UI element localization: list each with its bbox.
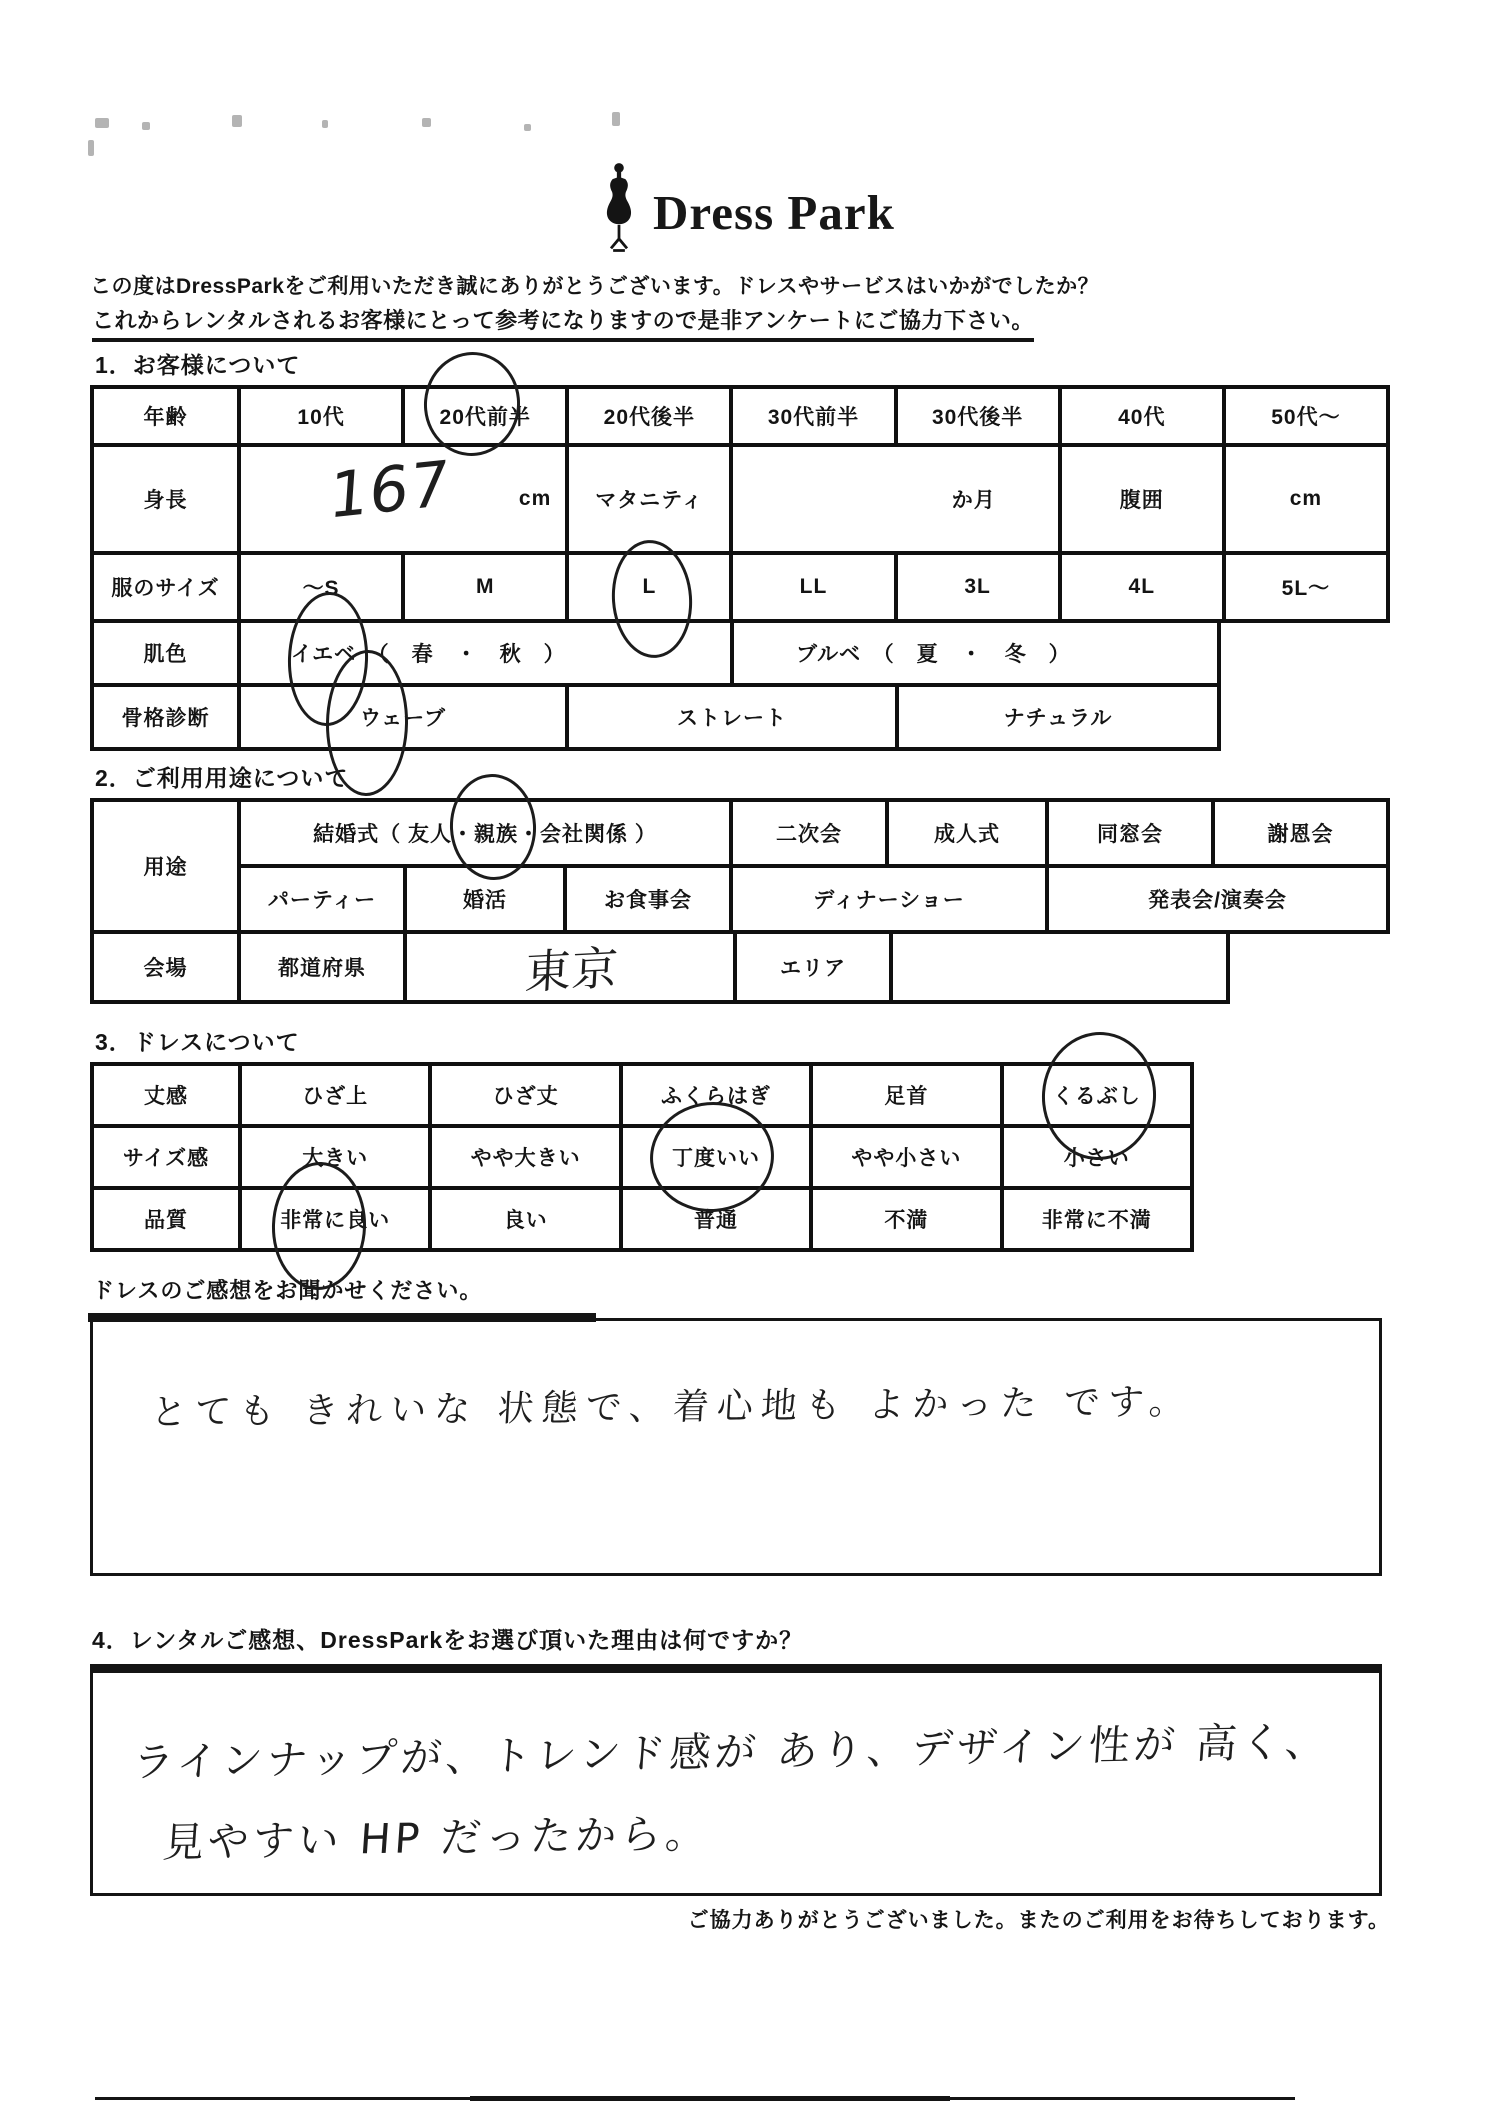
venue-prefecture-label: 都道府県 xyxy=(241,934,403,1000)
length-option-calf: ふくらはぎ xyxy=(623,1066,809,1124)
quality-option-very-good: 非常に良い xyxy=(242,1190,428,1248)
waist-label: 腹囲 xyxy=(1062,447,1222,551)
scan-noise xyxy=(422,118,431,127)
size-option-ll: LL xyxy=(733,555,893,619)
size-option-4l: 4L xyxy=(1062,555,1222,619)
size-row-label: 服のサイズ xyxy=(94,555,237,619)
usage-option-dinner-show: ディナーショー xyxy=(733,868,1045,930)
customer-table-lower: 肌色 イエベ （ 春 ・ 秋 ） ブルベ （ 夏 ・ 冬 ） 骨格診断 ウェーブ… xyxy=(90,623,1221,751)
footer-thanks: ご協力ありがとうございました。またのご利用をお待ちしております。 xyxy=(90,1904,1390,1934)
fit-option-slightly-small: やや小さい xyxy=(813,1128,999,1186)
rental-reason-line2: 見やすい HP だったから。 xyxy=(161,1800,713,1869)
customer-table-upper: 年齢 10代 20代前半 20代後半 30代前半 30代後半 40代 50代～ … xyxy=(90,385,1390,623)
length-option-above-knee: ひざ上 xyxy=(242,1066,428,1124)
usage-option-party: パーティー xyxy=(241,868,403,930)
height-row-label: 身長 xyxy=(94,447,237,551)
length-option-ankle: 足首 xyxy=(813,1066,999,1124)
scan-noise xyxy=(232,115,242,127)
brand-logo: Dress Park xyxy=(597,164,895,260)
quality-option-very-unsatisfied: 非常に不満 xyxy=(1004,1190,1190,1248)
age-option-20s-late: 20代後半 xyxy=(569,389,729,443)
dress-form-icon xyxy=(597,162,641,263)
usage-table-venue: 会場 都道府県 東京 エリア xyxy=(90,934,1230,1004)
height-value-cell: 167 cm xyxy=(241,447,565,551)
age-option-20s-early: 20代前半 xyxy=(405,389,565,443)
section3-heading: 3．ドレスについて xyxy=(95,1024,300,1057)
length-option-knee: ひざ丈 xyxy=(432,1066,618,1124)
maternity-label: マタニティ xyxy=(569,447,729,551)
age-option-10s: 10代 xyxy=(241,389,401,443)
scanned-survey-page: Dress Park この度はDressParkをご利用いただき誠にありがとうご… xyxy=(0,0,1500,2127)
dress-feedback-box: とても きれいな 状態で、着心地も よかった です。 xyxy=(90,1318,1382,1576)
dress-feedback-label: ドレスのご感想をお聞かせください。 xyxy=(92,1274,482,1305)
months-label: か月 xyxy=(733,447,1057,551)
skin-option-yellow-base: イエベ （ 春 ・ 秋 ） xyxy=(241,623,730,683)
fit-row-label: サイズ感 xyxy=(94,1128,238,1186)
quality-row-label: 品質 xyxy=(94,1190,238,1248)
fit-option-large: 大きい xyxy=(242,1128,428,1186)
venue-area-value-cell xyxy=(893,934,1226,1000)
age-option-30s-early: 30代前半 xyxy=(733,389,893,443)
usage-option-recital: 発表会/演奏会 xyxy=(1049,868,1386,930)
skin-option-blue-base: ブルベ （ 夏 ・ 冬 ） xyxy=(734,623,1217,683)
scan-noise xyxy=(612,112,620,126)
frame-option-wave: ウェーブ xyxy=(241,687,565,747)
dress-feedback-handwritten: とても きれいな 状態で、着心地も よかった です。 xyxy=(150,1374,1195,1436)
height-handwritten-value: 167 xyxy=(327,446,453,533)
venue-row-label: 会場 xyxy=(94,934,237,1000)
usage-option-reunion: 同窓会 xyxy=(1049,802,1211,864)
intro-line-2: これからレンタルされるお客様にとって参考になりますので是非アンケートにご協力下さ… xyxy=(92,304,1034,342)
fit-option-slightly-large: やや大きい xyxy=(432,1128,618,1186)
usage-option-dinner: お食事会 xyxy=(567,868,729,930)
venue-prefecture-value-cell: 東京 xyxy=(407,934,733,1000)
fit-option-just-right: 丁度いい xyxy=(623,1128,809,1186)
age-option-40s: 40代 xyxy=(1062,389,1222,443)
usage-option-wedding: 結婚式（ 友人・親族・会社関係 ） xyxy=(241,802,729,864)
usage-option-coming-of-age: 成人式 xyxy=(889,802,1045,864)
scan-noise xyxy=(142,122,150,130)
size-option-l: L xyxy=(569,555,729,619)
quality-option-good: 良い xyxy=(432,1190,618,1248)
frame-option-straight: ストレート xyxy=(569,687,895,747)
dress-table: 丈感 ひざ上 ひざ丈 ふくらはぎ 足首 くるぶし サイズ感 大きい やや大きい … xyxy=(90,1062,1194,1252)
fit-option-small: 小さい xyxy=(1004,1128,1190,1186)
rental-reason-line1: ラインナップが、トレンド感が あり、デザイン性が 高く、 xyxy=(131,1709,1332,1789)
frame-option-natural: ナチュラル xyxy=(899,687,1217,747)
venue-prefecture-handwritten: 東京 xyxy=(523,931,620,1002)
intro-line-1: この度はDressParkをご利用いただき誠にありがとうございます。ドレスやサー… xyxy=(90,270,1099,300)
frame-row-label: 骨格診断 xyxy=(94,687,237,747)
size-option-m: M xyxy=(405,555,565,619)
age-row-label: 年齢 xyxy=(94,389,237,443)
usage-table-upper: 用途 結婚式（ 友人・親族・会社関係 ） 二次会 成人式 同窓会 謝恩会 パーテ… xyxy=(90,798,1390,934)
length-row-label: 丈感 xyxy=(94,1066,238,1124)
section4-heading: 4．レンタルご感想、DressParkをお選び頂いた理由は何ですか？ xyxy=(92,1622,803,1655)
scan-artifact-bar xyxy=(88,1313,596,1322)
size-option-5l: 5L～ xyxy=(1226,555,1386,619)
brand-name: Dress Park xyxy=(653,184,895,241)
section1-heading: 1．お客様について xyxy=(95,347,300,380)
height-unit: cm xyxy=(519,487,551,511)
usage-option-konkatsu: 婚活 xyxy=(407,868,563,930)
usage-option-afterparty: 二次会 xyxy=(733,802,885,864)
usage-row-label: 用途 xyxy=(94,802,237,930)
scan-bottom-line-thick xyxy=(470,2096,950,2101)
venue-area-label: エリア xyxy=(737,934,889,1000)
skin-row-label: 肌色 xyxy=(94,623,237,683)
age-option-50s: 50代～ xyxy=(1226,389,1386,443)
scan-noise xyxy=(524,124,531,131)
section2-heading: 2．ご利用用途について xyxy=(95,760,348,793)
scan-noise xyxy=(322,120,328,128)
rental-reason-box: ラインナップが、トレンド感が あり、デザイン性が 高く、 見やすい HP だった… xyxy=(90,1664,1382,1896)
scan-noise xyxy=(88,140,94,156)
size-option-s: ～S xyxy=(241,555,401,619)
quality-option-unsatisfied: 不満 xyxy=(813,1190,999,1248)
usage-option-thanks-party: 謝恩会 xyxy=(1215,802,1386,864)
quality-option-normal: 普通 xyxy=(623,1190,809,1248)
size-option-3l: 3L xyxy=(898,555,1058,619)
waist-unit: cm xyxy=(1226,447,1386,551)
scan-noise xyxy=(95,118,109,128)
length-option-anklebone: くるぶし xyxy=(1004,1066,1190,1124)
age-option-30s-late: 30代後半 xyxy=(898,389,1058,443)
